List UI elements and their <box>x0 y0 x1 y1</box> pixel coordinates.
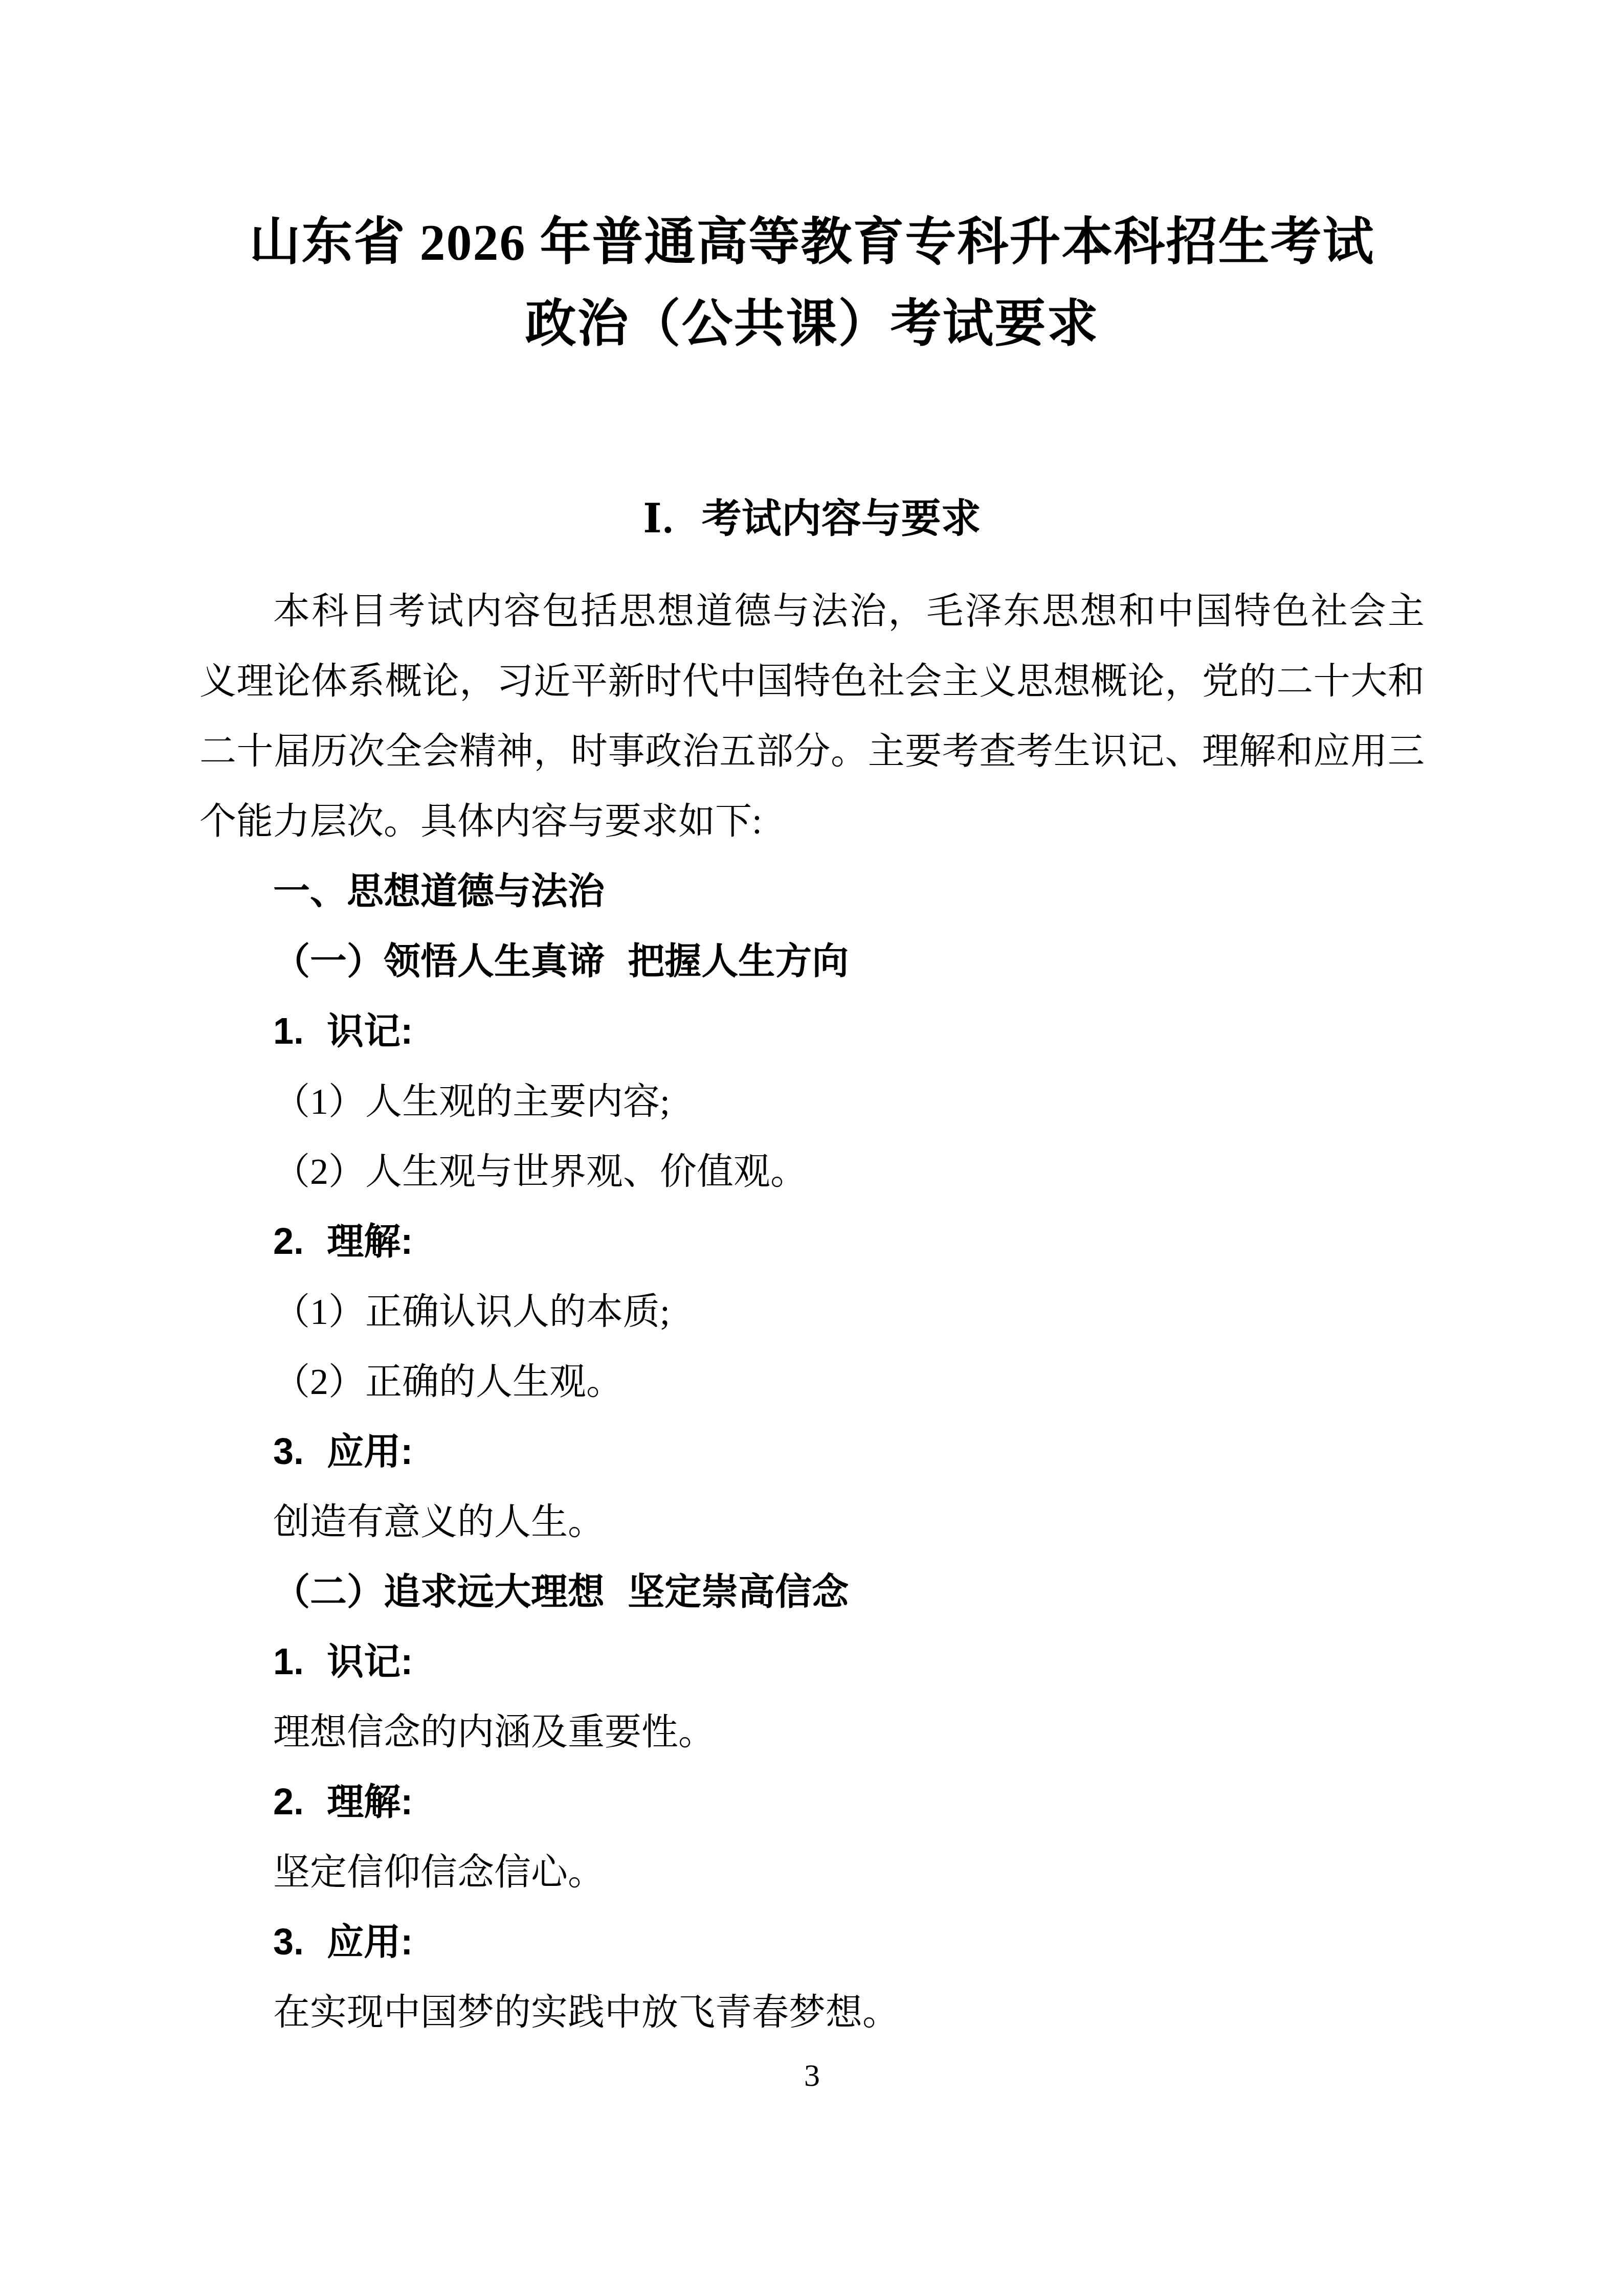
outline-item: 创造有意义的人生。 <box>199 1487 1425 1557</box>
intro-paragraph: 本科目考试内容包括思想道德与法治，毛泽东思想和中国特色社会主 义理论体系概论，习… <box>199 576 1425 857</box>
intro-paragraph-line: 二十届历次全会精神，时事政治五部分。主要考查考生识记、理解和应用三 <box>199 716 1425 786</box>
intro-paragraph-line: 义理论体系概论，习近平新时代中国特色社会主义思想概论，党的二十大和 <box>199 646 1425 716</box>
outline-item: 3. 应用: <box>199 1417 1425 1487</box>
outline-item: 一、思想道德与法治 <box>199 857 1425 927</box>
outline-item: （2）正确的人生观。 <box>199 1347 1425 1417</box>
outline-item: 1. 识记: <box>199 1627 1425 1697</box>
document-page: 山东省 2026 年普通高等教育专科升本科招生考试 政治（公共课）考试要求 Ⅰ．… <box>0 0 1624 2296</box>
page-number: 3 <box>199 2047 1425 2104</box>
outline-item: 1. 识记: <box>199 997 1425 1067</box>
outline-list: 一、思想道德与法治（一）领悟人生真谛 把握人生方向1. 识记:（1）人生观的主要… <box>199 857 1425 2047</box>
outline-item: 在实现中国梦的实践中放飞青春梦想。 <box>199 1977 1425 2047</box>
outline-item: （2）人生观与世界观、价值观。 <box>199 1137 1425 1207</box>
outline-item: （1）正确认识人的本质; <box>199 1277 1425 1347</box>
intro-paragraph-line: 个能力层次。具体内容与要求如下: <box>199 786 1425 857</box>
outline-item: （二）追求远大理想 坚定崇高信念 <box>199 1557 1425 1627</box>
outline-item: 坚定信仰信念信心。 <box>199 1837 1425 1907</box>
outline-item: （1）人生观的主要内容; <box>199 1067 1425 1137</box>
section-numeral: Ⅰ． <box>643 497 702 541</box>
outline-item: （一）领悟人生真谛 把握人生方向 <box>199 927 1425 997</box>
document-title-line-1: 山东省 2026 年普通高等教育专科升本科招生考试 <box>199 201 1425 283</box>
intro-paragraph-line: 本科目考试内容包括思想道德与法治，毛泽东思想和中国特色社会主 <box>199 576 1425 646</box>
section-heading: Ⅰ．考试内容与要求 <box>199 490 1425 548</box>
outline-item: 2. 理解: <box>199 1207 1425 1277</box>
outline-item: 3. 应用: <box>199 1907 1425 1977</box>
document-title-line-2: 政治（公共课）考试要求 <box>199 283 1425 365</box>
section-heading-text: 考试内容与要求 <box>702 496 981 541</box>
outline-item: 理想信念的内涵及重要性。 <box>199 1697 1425 1767</box>
document-title: 山东省 2026 年普通高等教育专科升本科招生考试 政治（公共课）考试要求 <box>199 201 1425 365</box>
outline-item: 2. 理解: <box>199 1767 1425 1837</box>
